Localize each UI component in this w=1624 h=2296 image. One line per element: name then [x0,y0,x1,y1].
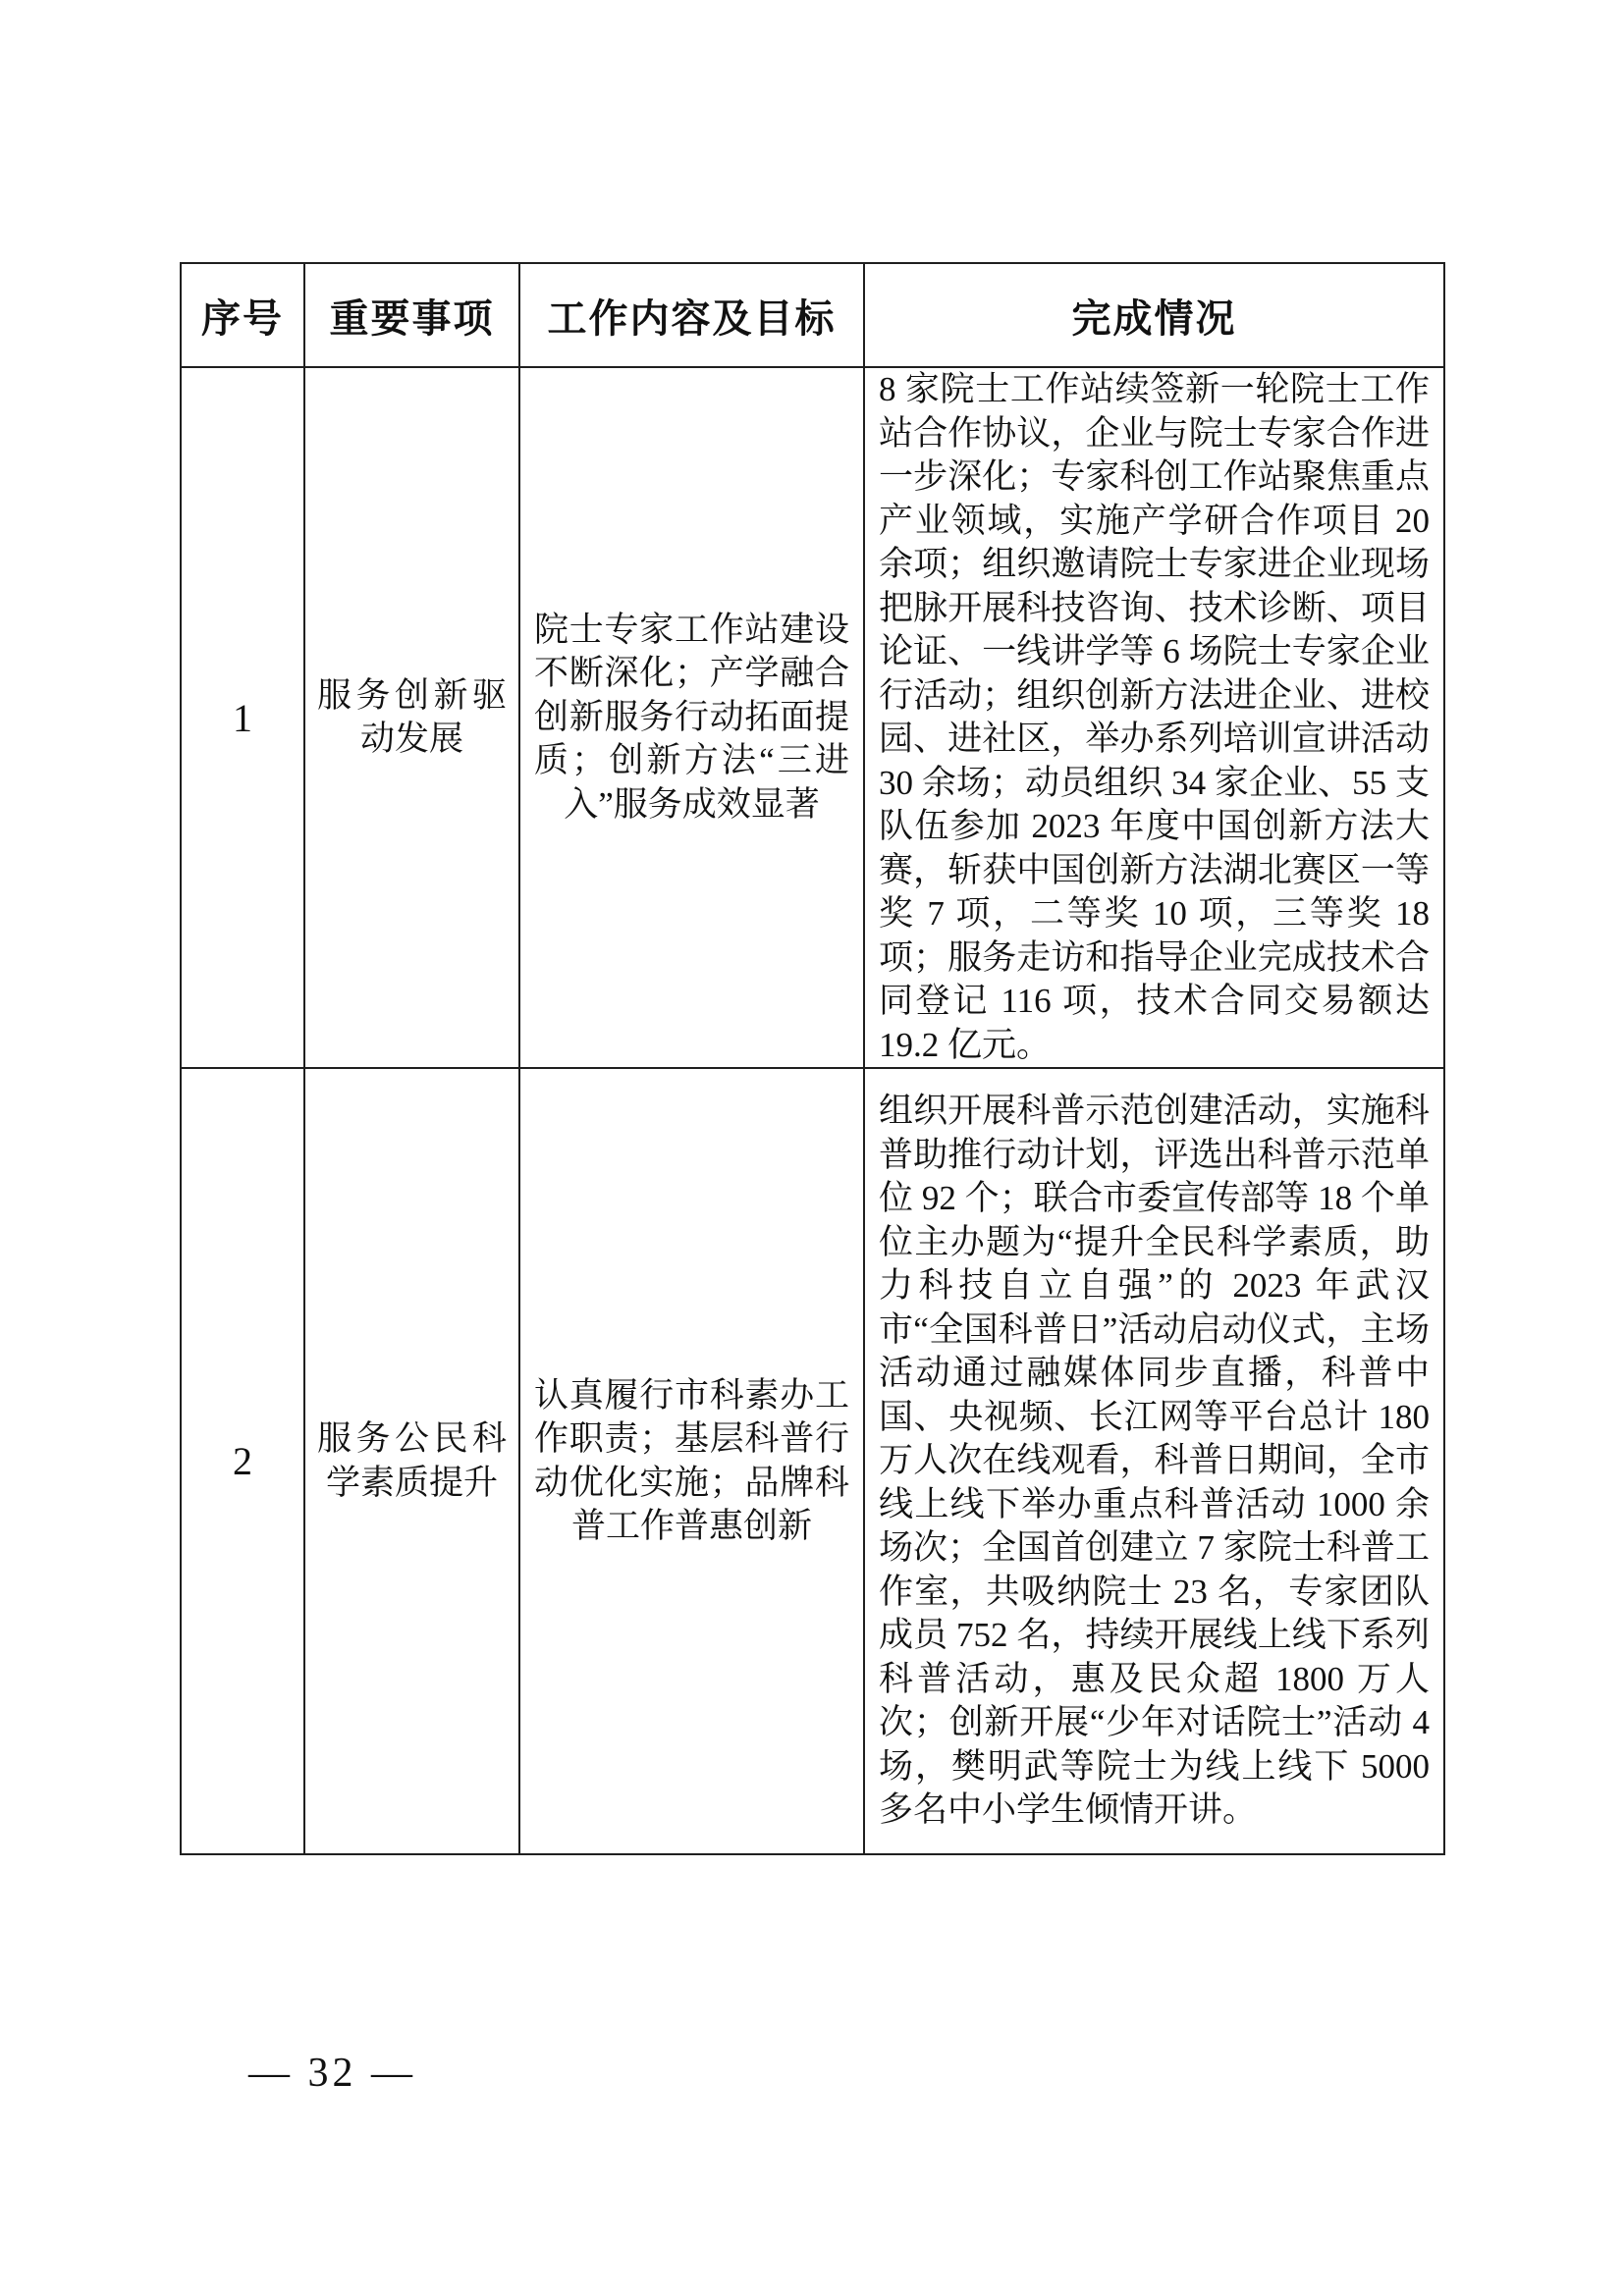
row2-completion-status: 组织开展科普示范创建活动，实施科普助推行动计划，评选出科普示范单位 92 个；联… [864,1068,1444,1854]
work-completion-table: 序号 重要事项 工作内容及目标 完成情况 1 服务创新驱动发展 院士专家工作站建… [180,262,1445,1855]
row1-important-matter: 服务创新驱动发展 [304,367,519,1068]
row1-work-content-goal: 院士专家工作站建设不断深化；产学融合创新服务行动拓面提质；创新方法“三进入”服务… [519,367,864,1068]
table-row: 2 服务公民科学素质提升 认真履行市科素办工作职责；基层科普行动优化实施；品牌科… [181,1068,1444,1854]
header-cell-serial-number: 序号 [181,263,304,367]
table-row: 1 服务创新驱动发展 院士专家工作站建设不断深化；产学融合创新服务行动拓面提质；… [181,367,1444,1068]
row1-completion-status: 8 家院士工作站续签新一轮院士工作站合作协议，企业与院士专家合作进一步深化；专家… [864,367,1444,1068]
page-number: — 32 — [248,2050,416,2097]
row2-important-matter: 服务公民科学素质提升 [304,1068,519,1854]
table-header-row: 序号 重要事项 工作内容及目标 完成情况 [181,263,1444,367]
document-page: 序号 重要事项 工作内容及目标 完成情况 1 服务创新驱动发展 院士专家工作站建… [0,0,1624,2296]
row2-work-content-goal: 认真履行市科素办工作职责；基层科普行动优化实施；品牌科普工作普惠创新 [519,1068,864,1854]
header-cell-completion-status: 完成情况 [864,263,1444,367]
row2-serial-number: 2 [181,1068,304,1854]
row1-serial-number: 1 [181,367,304,1068]
header-cell-work-content-goal: 工作内容及目标 [519,263,864,367]
header-cell-important-matter: 重要事项 [304,263,519,367]
